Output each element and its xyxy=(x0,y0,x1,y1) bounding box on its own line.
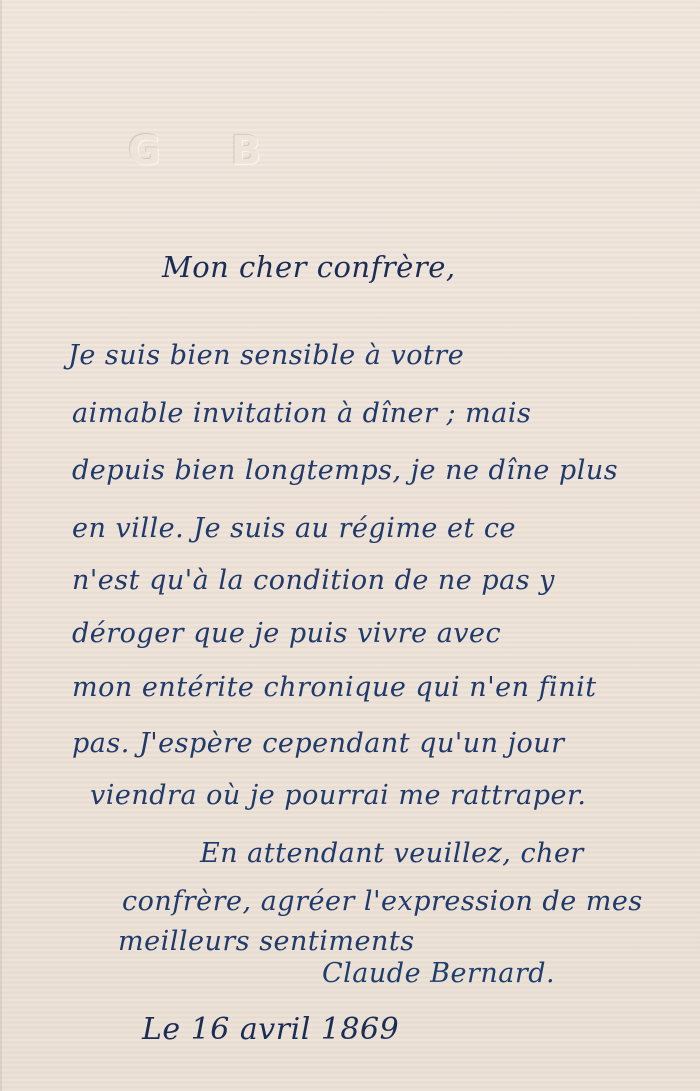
body-line: mon entérite chronique qui n'en finit xyxy=(72,672,597,703)
body-line: viendra où je pourrai me rattraper. xyxy=(90,780,587,811)
letter-date: Le 16 avril 1869 xyxy=(142,1012,399,1047)
letter-page: G B Mon cher confrère, Je suis bien sens… xyxy=(0,0,700,1091)
closing-line: meilleurs sentiments xyxy=(118,926,415,957)
closing-line: En attendant veuillez, cher xyxy=(200,838,584,869)
embossed-monogram: G B xyxy=(128,128,289,174)
body-line: depuis bien longtemps, je ne dîne plus xyxy=(72,455,618,486)
body-line: Je suis bien sensible à votre xyxy=(68,340,464,371)
body-line: pas. J'espère cependant qu'un jour xyxy=(72,728,565,759)
body-line: déroger que je puis vivre avec xyxy=(72,618,501,649)
body-line: en ville. Je suis au régime et ce xyxy=(72,513,516,544)
body-line: aimable invitation à dîner ; mais xyxy=(72,398,531,429)
body-line: n'est qu'à la condition de ne pas y xyxy=(72,565,555,596)
signature: Claude Bernard. xyxy=(322,958,555,989)
salutation: Mon cher confrère, xyxy=(162,250,456,284)
paper-edge xyxy=(0,0,2,1091)
closing-line: confrère, agréer l'expression de mes xyxy=(122,886,643,917)
